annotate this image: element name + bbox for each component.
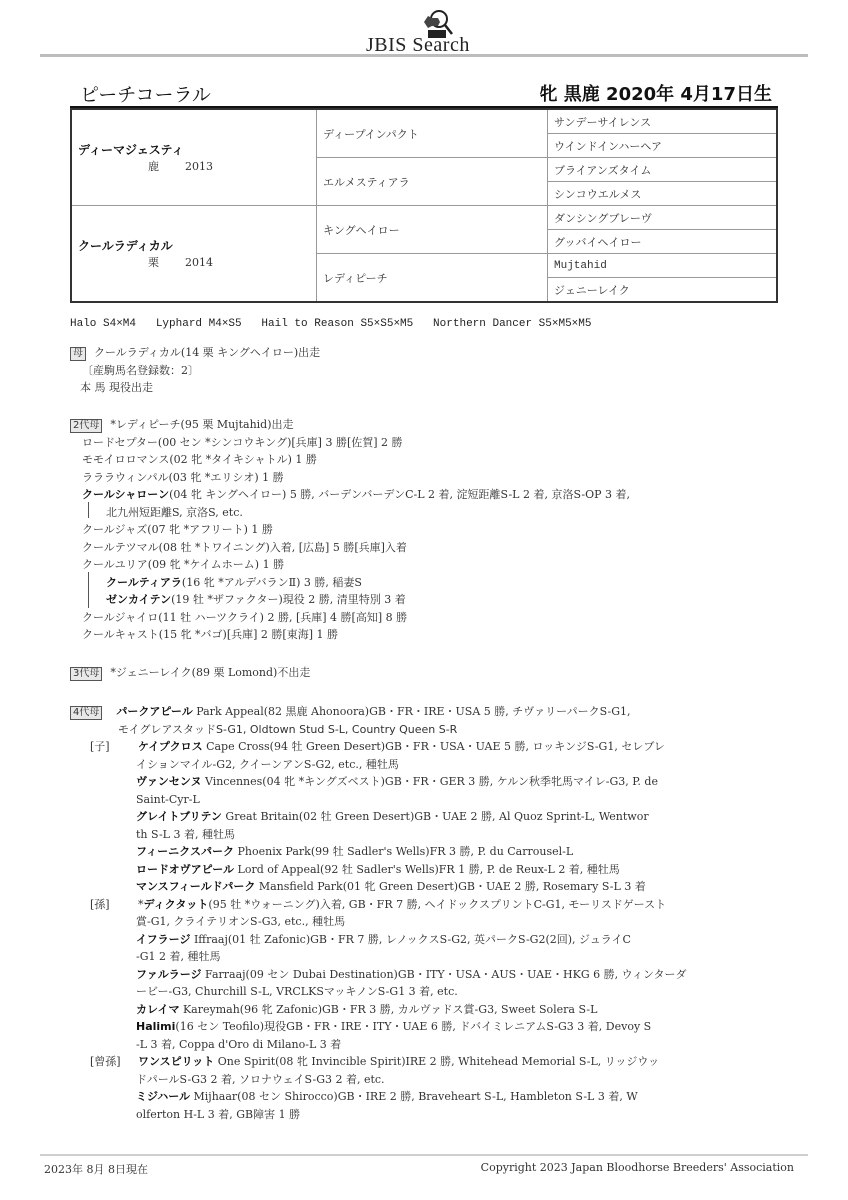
- jbis-search-logo[interactable]: JBIS Search: [366, 8, 496, 58]
- group-label-children: [子]: [70, 738, 138, 756]
- sire-name[interactable]: ディーマジェスティ: [78, 141, 310, 158]
- sire-sire-dam-cell[interactable]: ウインドインハーヘア: [548, 134, 778, 158]
- third-dam-tag: 3代母: [70, 667, 102, 681]
- horse-link[interactable]: イフラージ: [136, 933, 190, 946]
- dam-year: 2014: [185, 256, 213, 269]
- dam-sire-cell[interactable]: キングヘイロー: [317, 206, 548, 254]
- dam-dam-dam-cell[interactable]: ジェニーレイク: [548, 278, 778, 303]
- horse-link[interactable]: ファルラージ: [136, 968, 202, 981]
- list-item-child: ゼンカイテン(19 牡 *ザファクター)現役 2 勝, 清里特別 3 着: [70, 591, 630, 609]
- horse-link[interactable]: クールティアラ: [106, 576, 182, 589]
- list-item-cont: Saint-Cyr-L: [70, 791, 687, 809]
- title-row: ピーチコーラル 牝 黒鹿 2020年 4月17日生: [70, 80, 778, 108]
- fourth-dam-section: 4代母パークアピール Park Appeal(82 黒鹿 Ahonoora)GB…: [70, 703, 687, 1123]
- list-item: クールテツマル(08 牡 *トワイニング)入着, [広島] 5 勝[兵庫]入着: [70, 539, 630, 557]
- granddam-header: *レディピーチ(95 栗 Mujtahid)出走: [110, 418, 293, 431]
- this-horse-status: 本 馬 現役出走: [70, 379, 320, 397]
- sire-color: 鹿: [148, 160, 159, 173]
- list-item: クールキャスト(15 牝 *バゴ)[兵庫] 2 勝[東海] 1 勝: [70, 626, 630, 644]
- horse-link[interactable]: ケイプクロス: [138, 740, 203, 753]
- dam-cell: クールラディカル 栗2014: [71, 206, 317, 303]
- horse-link[interactable]: クールシャローン: [82, 488, 169, 501]
- group-label-grandchildren: [孫]: [70, 896, 138, 914]
- inbreeding-line: Halo S4×M4 Lyphard M4×S5 Hail to Reason …: [70, 318, 592, 330]
- header-divider: [40, 54, 808, 57]
- dam-tag: 母: [70, 347, 86, 361]
- list-item: ラララウィンパル(03 牝 *エリシオ) 1 勝: [70, 469, 630, 487]
- horse-link[interactable]: ディクタット: [144, 898, 209, 911]
- list-item-cont: 賞-G1, クライテリオンS-G3, etc., 種牡馬: [70, 913, 687, 931]
- group-label-great-grandchildren: [曾孫]: [70, 1053, 138, 1071]
- sire-sire-sire-cell[interactable]: サンデーサイレンス: [548, 109, 778, 134]
- horse-link[interactable]: ゼンカイテン: [106, 593, 171, 606]
- fourth-dam-tag: 4代母: [70, 706, 102, 720]
- horse-link[interactable]: カレイマ: [136, 1003, 179, 1016]
- pedigree-table: ディーマジェスティ 鹿2013 ディープインパクト サンデーサイレンス ウインド…: [70, 108, 778, 303]
- list-item-bold: クールシャローン(04 牝 キングヘイロー) 5 勝, バーデンバーデンC-L …: [70, 486, 630, 504]
- horse-link[interactable]: ミジハール: [136, 1090, 190, 1103]
- dam-color: 栗: [148, 256, 159, 269]
- third-dam-text: *ジェニーレイク(89 栗 Lomond)不出走: [110, 666, 310, 679]
- sire-cell: ディーマジェスティ 鹿2013: [71, 109, 317, 206]
- list-item-cont: th S-L 3 着, 種牡馬: [70, 826, 687, 844]
- as-of-date: 2023年 8月 8日現在: [44, 1161, 148, 1177]
- horse-link[interactable]: パークアピール: [116, 705, 192, 718]
- granddam-section: 2代母*レディピーチ(95 栗 Mujtahid)出走 ロードセプター(00 セ…: [70, 416, 630, 644]
- horse-name: ピーチコーラル: [80, 80, 211, 107]
- sire-dam-sire-cell[interactable]: ブライアンズタイム: [548, 158, 778, 182]
- horse-link[interactable]: ワンスピリット: [138, 1055, 214, 1068]
- horse-link[interactable]: Halimi: [136, 1020, 175, 1033]
- list-item-cont: モイグレアスタッドS-G1, Oldtown Stud S-L, Country…: [70, 721, 687, 739]
- list-item-cont: ービー-G3, Churchill S-L, VRCLKSマッキノンS-G1 3…: [70, 983, 687, 1001]
- sire-dam-cell[interactable]: エルメスティアラ: [317, 158, 548, 206]
- dam-section: 母クールラディカル(14 栗 キングヘイロー)出走 〔産駒馬名登録数：2〕 本 …: [70, 344, 320, 397]
- list-item-cont: olferton H-L 3 着, GB障害 1 勝: [70, 1106, 687, 1124]
- list-item: モモイロロマンス(02 牝 *タイキシャトル) 1 勝: [70, 451, 630, 469]
- list-item: ロードセプター(00 セン *シンコウキング)[兵庫] 3 勝[佐賀] 2 勝: [70, 434, 630, 452]
- tree-line: [88, 502, 89, 518]
- list-item-cont: -G1 2 着, 種牡馬: [70, 948, 687, 966]
- list-item: クールジャイロ(11 牡 ハーツクライ) 2 勝, [兵庫] 4 勝[高知] 8…: [70, 609, 630, 627]
- third-dam-section: 3代母*ジェニーレイク(89 栗 Lomond)不出走: [70, 664, 310, 682]
- dam-dam-sire-cell[interactable]: Mujtahid: [548, 254, 778, 278]
- horse-link[interactable]: マンスフィールドパーク: [136, 880, 255, 893]
- sire-sire-cell[interactable]: ディープインパクト: [317, 109, 548, 158]
- horse-link[interactable]: グレイトブリテン: [136, 810, 222, 823]
- horse-info: 牝 黒鹿 2020年 4月17日生: [540, 80, 772, 106]
- list-item-cont: ドパールS-G3 2 着, ソロナウェイS-G3 2 着, etc.: [70, 1071, 687, 1089]
- dam-dam-cell[interactable]: レディピーチ: [317, 254, 548, 303]
- list-item-cont: -L 3 着, Coppa d'Oro di Milano-L 3 着: [70, 1036, 687, 1054]
- horse-link[interactable]: フィーニクスパーク: [136, 845, 234, 858]
- dam-sire-dam-cell[interactable]: グッバイヘイロー: [548, 230, 778, 254]
- copyright: Copyright 2023 Japan Bloodhorse Breeders…: [481, 1161, 794, 1174]
- list-item: クールジャズ(07 牝 *アフリート) 1 勝: [70, 521, 630, 539]
- dam-foal-count: 〔産駒馬名登録数：2〕: [70, 362, 320, 380]
- tree-line: [88, 572, 89, 608]
- sire-dam-dam-cell[interactable]: シンコウエルメス: [548, 182, 778, 206]
- horse-link[interactable]: ヴァンセンヌ: [136, 775, 201, 788]
- footer-divider: [40, 1154, 808, 1156]
- granddam-tag: 2代母: [70, 419, 102, 433]
- dam-sire-sire-cell[interactable]: ダンシングブレーヴ: [548, 206, 778, 230]
- list-item-cont: 北九州短距離S, 京洛S, etc.: [70, 504, 630, 522]
- list-item-cont: イションマイル-G2, クイーンアンS-G2, etc., 種牡馬: [70, 756, 687, 774]
- dam-summary: クールラディカル(14 栗 キングヘイロー)出走: [94, 346, 320, 359]
- dam-name[interactable]: クールラディカル: [78, 237, 310, 254]
- list-item: クールユリア(09 牝 *ケイムホーム) 1 勝: [70, 556, 630, 574]
- horse-link[interactable]: ロードオヴアピール: [136, 863, 234, 876]
- list-item-child: クールティアラ(16 牝 *アルデバランⅡ) 3 勝, 稲妻S: [70, 574, 630, 592]
- sire-year: 2013: [185, 160, 213, 173]
